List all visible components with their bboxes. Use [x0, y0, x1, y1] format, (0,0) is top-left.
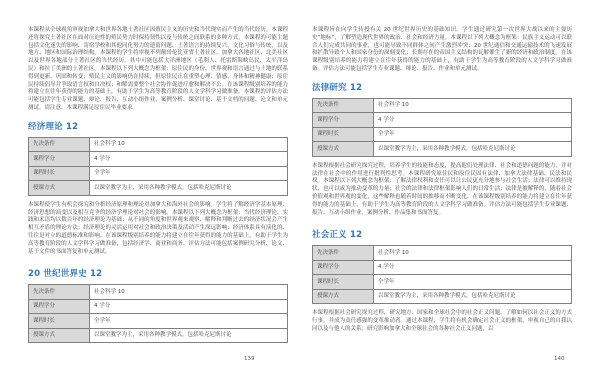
- intro-paragraph: 本课程旨在向学生传授有关 20 世纪世界历史的基础知识。学生通过研究第一次世界大…: [312, 27, 572, 74]
- table-cell-label: 先决条件: [313, 246, 374, 261]
- page-number: 140: [554, 356, 565, 362]
- table-cell-value: 社会科学 10: [90, 285, 288, 300]
- table-row: 先决条件 社会科学 10: [29, 137, 288, 152]
- section-heading-world-history: 20 世纪世界史 12: [28, 269, 288, 279]
- table-row: 授课方式 以课堂教学为主，采用各种教学模式，包括哈克尼斯讨论: [313, 142, 572, 157]
- table-cell-value: 社会科学 10: [374, 98, 572, 113]
- table-cell-label: 课程时长: [313, 275, 374, 290]
- course-description-law-studies: 本课程根据社会研究探究过程，培养学生的技能和态度，提高他们处理法律、社会和道德问…: [312, 163, 572, 218]
- course-info-table-law-studies: 先决条件 社会科学 10 课程学分 4 学分 课程时长 全学年 授课方式 以课堂…: [312, 98, 572, 157]
- table-cell-label: 先决条件: [313, 98, 374, 113]
- table-row: 课程学分 4 学分: [313, 260, 572, 275]
- table-row: 课程时长 全学年: [29, 314, 288, 329]
- page-left: 本课程从全球视角审视加拿大和世界各地土著社区因殖民主义的历史和当代现实而产生的当…: [0, 0, 300, 388]
- table-cell-value: 以课堂教学为主，采用各种教学模式，包括哈克尼斯讨论: [374, 142, 572, 157]
- table-cell-label: 课程学分: [313, 260, 374, 275]
- course-info-table-world-history: 先决条件 社会科学 10 课程学分 4 学分 课程时长 全学年 授课方式 以课堂…: [28, 284, 288, 343]
- table-row: 课程学分 4 学分: [313, 113, 572, 128]
- table-cell-value: 全学年: [374, 127, 572, 142]
- table-cell-value: 全学年: [90, 166, 288, 181]
- table-row: 先决条件 社会科学 10: [313, 98, 572, 113]
- table-cell-value: 社会科学 10: [90, 137, 288, 152]
- table-cell-value: 4 学分: [374, 260, 572, 275]
- table-cell-label: 先决条件: [29, 285, 90, 300]
- page-number: 139: [244, 356, 255, 362]
- table-cell-value: 社会科学 10: [374, 246, 572, 261]
- table-cell-value: 以课堂教学为主，采用各种教学模式，包括哈克尼斯讨论: [374, 289, 572, 304]
- course-description-social-justice: 本课程根据社会研究探究过程，研究地方、国家和全球社会中的社会正义问题，了解如何以…: [312, 310, 572, 333]
- table-cell-label: 课程时长: [313, 127, 374, 142]
- table-row: 课程学分 4 学分: [29, 299, 288, 314]
- table-row: 课程时长 全学年: [29, 166, 288, 181]
- table-row: 课程时长 全学年: [313, 127, 572, 142]
- section-heading-economics: 经济理论 12: [28, 122, 288, 132]
- section-heading-law-studies: 法律研究 12: [312, 83, 572, 93]
- document-spread: 本课程从全球视角审视加拿大和世界各地土著社区因殖民主义的历史和当代现实而产生的当…: [0, 0, 600, 388]
- table-row: 先决条件 社会科学 10: [313, 246, 572, 261]
- page-right: 本课程旨在向学生传授有关 20 世纪世界历史的基础知识。学生通过研究第一次世界大…: [300, 0, 600, 388]
- table-cell-label: 课程学分: [29, 152, 90, 167]
- section-heading-social-justice: 社会正义 12: [312, 230, 572, 240]
- table-cell-label: 课程学分: [313, 113, 374, 128]
- table-row: 授课方式 以课堂教学为主，采用各种教学模式，包括哈克尼斯讨论: [29, 328, 288, 343]
- table-cell-value: 4 学分: [90, 152, 288, 167]
- table-cell-value: 全学年: [90, 314, 288, 329]
- table-row: 先决条件 社会科学 10: [29, 285, 288, 300]
- table-cell-label: 授课方式: [313, 142, 374, 157]
- intro-paragraph: 本课程从全球视角审视加拿大和世界各地土著社区因殖民主义的历史和当代现实而产生的当…: [28, 27, 288, 113]
- table-row: 授课方式 以课堂教学为主，采用各种教学模式，包括哈克尼斯讨论: [29, 181, 288, 196]
- table-row: 课程时长 全学年: [313, 275, 572, 290]
- table-cell-label: 课程学分: [29, 299, 90, 314]
- table-row: 授课方式 以课堂教学为主，采用各种教学模式，包括哈克尼斯讨论: [313, 289, 572, 304]
- table-cell-value: 以课堂教学为主，采用各种教学模式，包括哈克尼斯讨论: [90, 328, 288, 343]
- course-description-economics: 本课程使学生有机会探究和分析经济原理和理论对加拿大和海外社会的影响。学生将了解经…: [28, 202, 288, 257]
- table-cell-value: 4 学分: [374, 113, 572, 128]
- course-info-table-social-justice: 先决条件 社会科学 10 课程学分 4 学分 课程时长 全学年 授课方式 以课堂…: [312, 245, 572, 304]
- table-cell-value: 4 学分: [90, 299, 288, 314]
- table-cell-label: 先决条件: [29, 137, 90, 152]
- table-cell-label: 授课方式: [29, 181, 90, 196]
- table-cell-value: 全学年: [374, 275, 572, 290]
- table-cell-label: 授课方式: [313, 289, 374, 304]
- table-cell-label: 课程时长: [29, 314, 90, 329]
- table-cell-value: 以课堂教学为主，采用各种教学模式，包括哈克尼斯讨论: [90, 181, 288, 196]
- course-info-table-economics: 先决条件 社会科学 10 课程学分 4 学分 课程时长 全学年 授课方式 以课堂…: [28, 137, 288, 196]
- table-cell-label: 课程时长: [29, 166, 90, 181]
- table-cell-label: 授课方式: [29, 328, 90, 343]
- table-row: 课程学分 4 学分: [29, 152, 288, 167]
